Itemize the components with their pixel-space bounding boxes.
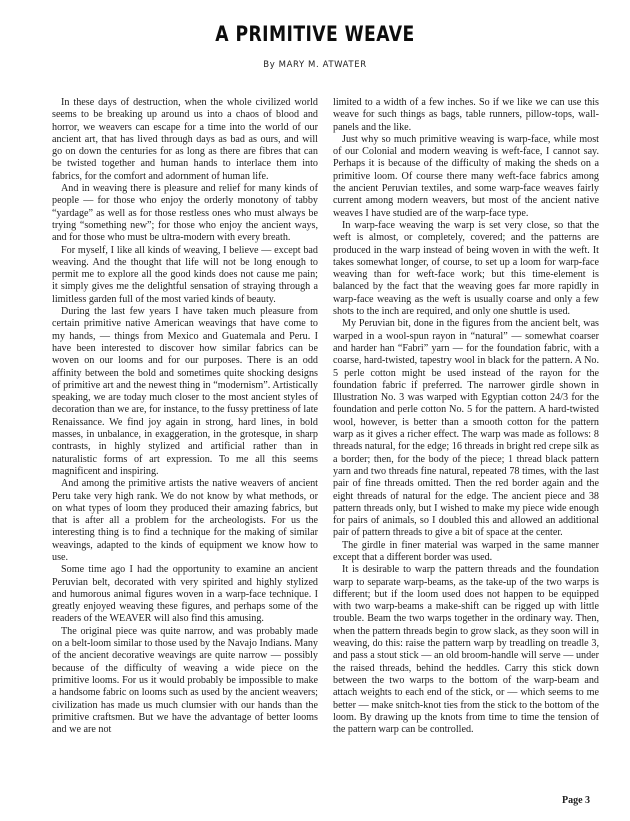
- paragraph: And among the primitive artists the nati…: [52, 478, 318, 564]
- left-column: In these days of destruction, when the w…: [52, 97, 318, 736]
- paragraph: And in weaving there is pleasure and rel…: [52, 183, 318, 244]
- paragraph: In these days of destruction, when the w…: [52, 97, 318, 183]
- paragraph-continued: limited to a width of a few inches. So i…: [333, 97, 599, 134]
- paragraph: For myself, I like all kinds of weaving,…: [52, 245, 318, 306]
- right-column: limited to a width of a few inches. So i…: [333, 97, 599, 736]
- paragraph: During the last few years I have taken m…: [52, 306, 318, 478]
- paragraph: The original piece was quite narrow, and…: [52, 626, 318, 737]
- paragraph: The girdle in finer material was warped …: [333, 540, 599, 565]
- page-number: Page 3: [562, 795, 590, 806]
- article-byline: By MARY M. ATWATER: [0, 60, 630, 70]
- paragraph: Some time ago I had the opportunity to e…: [52, 564, 318, 625]
- article-title: A PRIMITIVE WEAVE: [57, 22, 574, 46]
- paragraph: Just why so much primitive weaving is wa…: [333, 134, 599, 220]
- paragraph: In warp-face weaving the warp is set ver…: [333, 220, 599, 318]
- paragraph: It is desirable to warp the pattern thre…: [333, 564, 599, 736]
- paragraph: My Peruvian bit, done in the figures fro…: [333, 318, 599, 539]
